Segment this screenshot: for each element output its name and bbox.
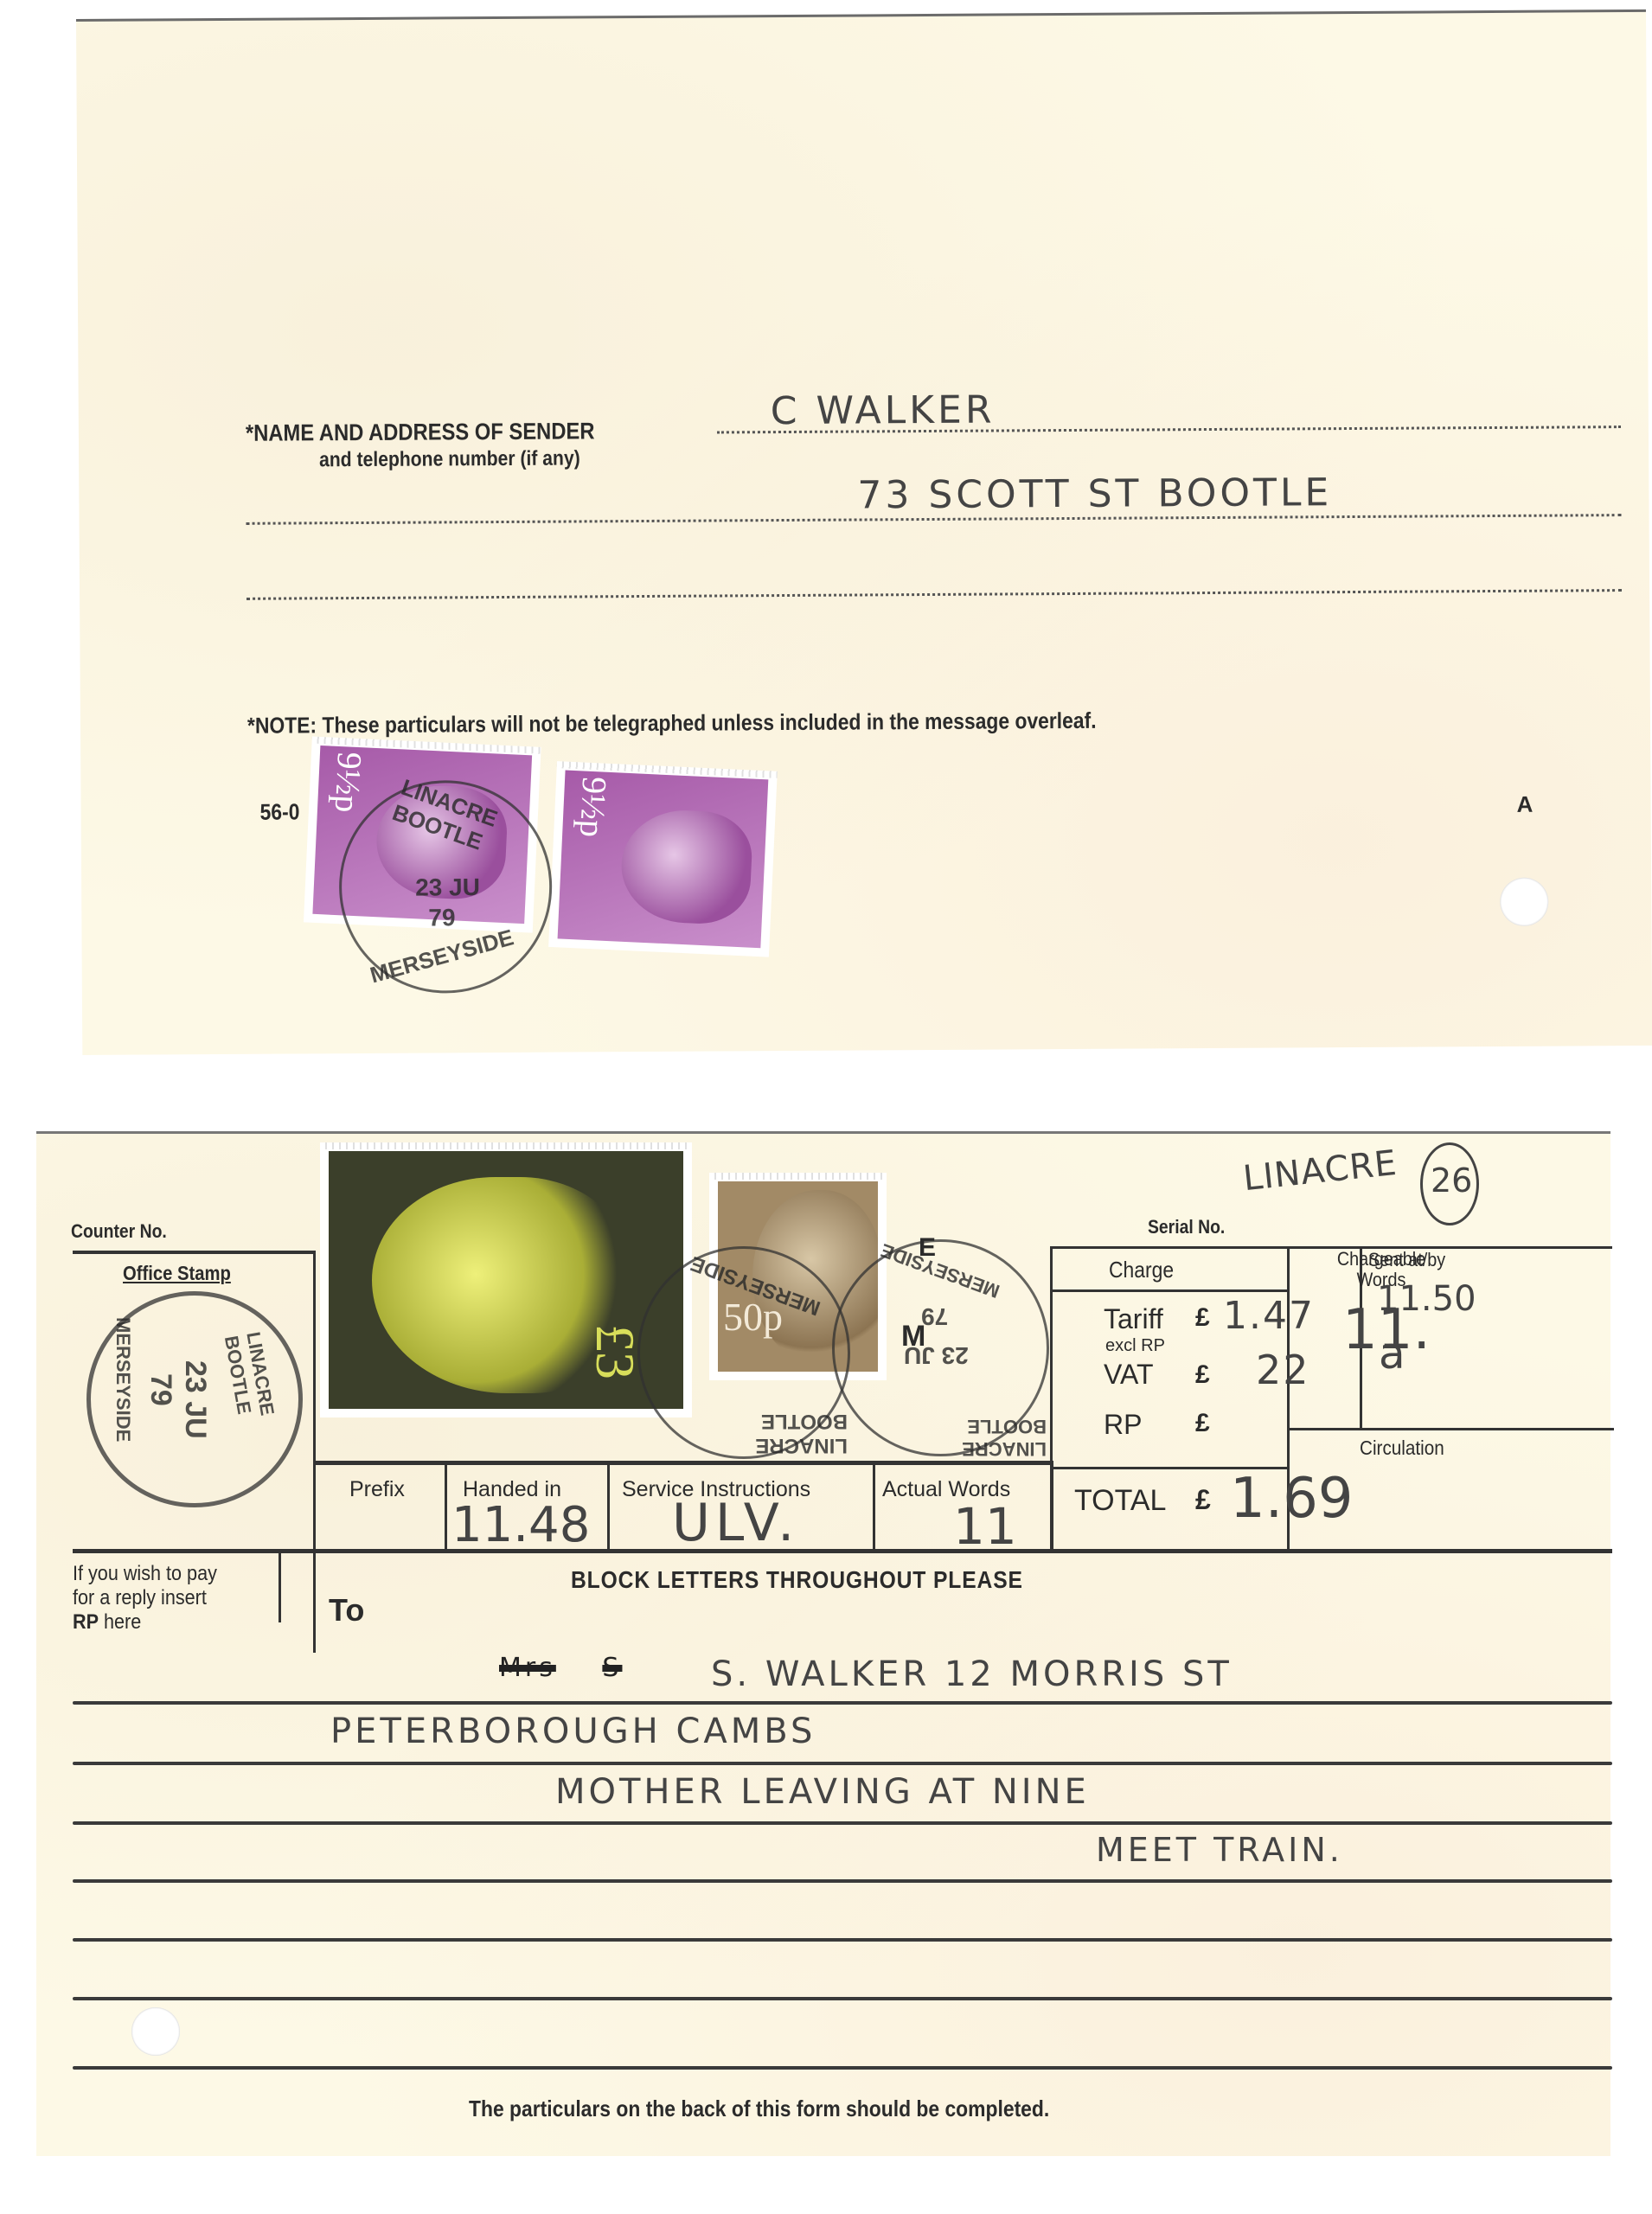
- stamp-postmark-2: 79 23 JU LINACRE BOOTLE MERSEYSIDE: [832, 1239, 1049, 1456]
- serial-no-label: Serial No.: [1148, 1216, 1225, 1238]
- vat-label: VAT: [1104, 1359, 1153, 1391]
- reply-note-line: here: [104, 1610, 141, 1634]
- office-stamp-label: Office Stamp: [123, 1262, 231, 1285]
- reply-note: If you wish to pay for a reply insert RP…: [73, 1562, 217, 1635]
- divider: [607, 1461, 610, 1549]
- reply-note-rp: RP: [73, 1610, 99, 1634]
- sent-by-value: a: [1379, 1328, 1405, 1379]
- struck-out-text: Mrs S: [499, 1653, 622, 1683]
- struck-out-word: Mrs: [499, 1653, 556, 1683]
- note-text: *NOTE: These particulars will not be tel…: [247, 707, 1097, 739]
- sent-at-label: Sent at/by: [1368, 1249, 1445, 1271]
- sent-at-value: 11.50: [1377, 1279, 1476, 1319]
- divider: [73, 1549, 1612, 1553]
- divider: [73, 1251, 315, 1254]
- postmark-mark-m: M: [901, 1320, 925, 1353]
- rp-label: RP: [1104, 1409, 1142, 1441]
- telegram-form-front: Counter No. Office Stamp LINACRE BOOTLE …: [36, 1131, 1610, 2156]
- message-rule: [73, 1879, 1612, 1883]
- divider: [873, 1461, 875, 1549]
- postmark-county: MERSEYSIDE: [368, 924, 517, 989]
- message-line-3: MOTHER LEAVING AT NINE: [555, 1772, 1090, 1812]
- divider: [1050, 1289, 1287, 1292]
- message-rule: [73, 1997, 1612, 2000]
- divider: [1287, 1428, 1614, 1430]
- stamp-value: 9½p: [572, 776, 615, 838]
- message-line-2: PETERBOROUGH CAMBS: [330, 1712, 816, 1751]
- message-rule: [73, 1821, 1612, 1825]
- postmark-circle: LINACRE BOOTLE 23 JU 79 MERSEYSIDE: [338, 780, 552, 994]
- tariff-currency: £: [1195, 1303, 1210, 1333]
- message-line-1: S. WALKER 12 MORRIS ST: [711, 1654, 1233, 1694]
- sender-dotted-line-3: [247, 589, 1622, 600]
- form-code: 56-0: [260, 798, 300, 825]
- stamp-postmark-1: MERSEYSIDE LINACRE BOOTLE: [637, 1246, 850, 1459]
- sender-sublabel: and telephone number (if any): [319, 446, 580, 472]
- circulation-label: Circulation: [1360, 1437, 1444, 1460]
- tariff-label: Tariff: [1104, 1303, 1163, 1335]
- postmark-year: 79: [428, 904, 455, 931]
- corner-letter: A: [1516, 791, 1533, 818]
- tariff-sublabel: excl RP: [1105, 1336, 1165, 1356]
- postmark-place: LINACRE BOOTLE: [887, 1415, 1047, 1460]
- message-rule: [73, 1938, 1612, 1942]
- reply-note-line: If you wish to pay: [73, 1562, 217, 1586]
- punch-hole: [1500, 878, 1548, 926]
- postmark-place: LINACRE BOOTLE: [220, 1330, 279, 1421]
- service-instructions-value: ULV.: [672, 1493, 799, 1553]
- total-currency: £: [1195, 1484, 1211, 1516]
- tariff-value: 1.47: [1223, 1294, 1315, 1338]
- divider: [313, 1251, 316, 1653]
- counter-no-label: Counter No.: [71, 1220, 167, 1243]
- footer-note: The particulars on the back of this form…: [469, 2096, 1049, 2122]
- message-rule: [73, 2066, 1612, 2070]
- message-line-4: MEET TRAIN.: [1096, 1831, 1343, 1869]
- message-rule: [73, 1701, 1612, 1705]
- sender-name: C WALKER: [771, 388, 996, 434]
- reply-note-line: for a reply insert: [73, 1586, 217, 1610]
- divider: [313, 1461, 1053, 1465]
- sender-label: *NAME AND ADDRESS OF SENDER: [246, 418, 595, 446]
- postmark-year: 79: [144, 1373, 177, 1406]
- postmark-date: 23 JU: [415, 873, 480, 901]
- serial-no: 26: [1431, 1161, 1472, 1200]
- handed-in-value: 11.48: [451, 1497, 590, 1553]
- postmark-place: LINACRE BOOTLE: [675, 1409, 848, 1457]
- rp-currency: £: [1195, 1409, 1210, 1438]
- prefix-label: Prefix: [349, 1477, 405, 1502]
- message-rule: [73, 1762, 1612, 1765]
- postage-stamp-3-pounds: £3: [320, 1142, 692, 1417]
- postmark-county: MERSEYSIDE: [112, 1317, 134, 1442]
- punch-hole: [131, 2007, 180, 2056]
- telegram-form-back: *NAME AND ADDRESS OF SENDER and telephon…: [76, 10, 1652, 1055]
- postmark-county: MERSEYSIDE: [878, 1238, 1002, 1302]
- actual-words-value: 11: [953, 1497, 1017, 1556]
- divider: [1050, 1461, 1053, 1549]
- sender-address: 73 SCOTT ST BOOTLE: [857, 470, 1332, 517]
- postmark-mark-e: E: [919, 1233, 936, 1263]
- block-letters-note: BLOCK LETTERS THROUGHOUT PLEASE: [571, 1566, 1023, 1594]
- stamp-image: 9½p: [558, 771, 769, 949]
- total-label: TOTAL: [1074, 1484, 1166, 1518]
- charge-header: Charge: [1109, 1257, 1174, 1283]
- stamp-value: 9½p: [327, 752, 370, 814]
- vat-currency: £: [1195, 1360, 1210, 1390]
- to-label: To: [329, 1592, 364, 1629]
- struck-out-word: S: [602, 1653, 622, 1683]
- queen-head-icon: [619, 808, 754, 926]
- postmark-date: 23 JU: [178, 1360, 212, 1439]
- divider: [445, 1461, 447, 1549]
- office-postmark: LINACRE BOOTLE 23 JU 79 MERSEYSIDE: [86, 1291, 303, 1507]
- postage-stamp-9-half-p-2: 9½p: [548, 761, 778, 957]
- total-value: 1.69: [1230, 1467, 1354, 1531]
- divider: [279, 1553, 281, 1622]
- office-handwritten: LINACRE: [1241, 1143, 1399, 1199]
- vat-value: 22: [1256, 1347, 1310, 1393]
- stamp-image: £3: [329, 1151, 683, 1409]
